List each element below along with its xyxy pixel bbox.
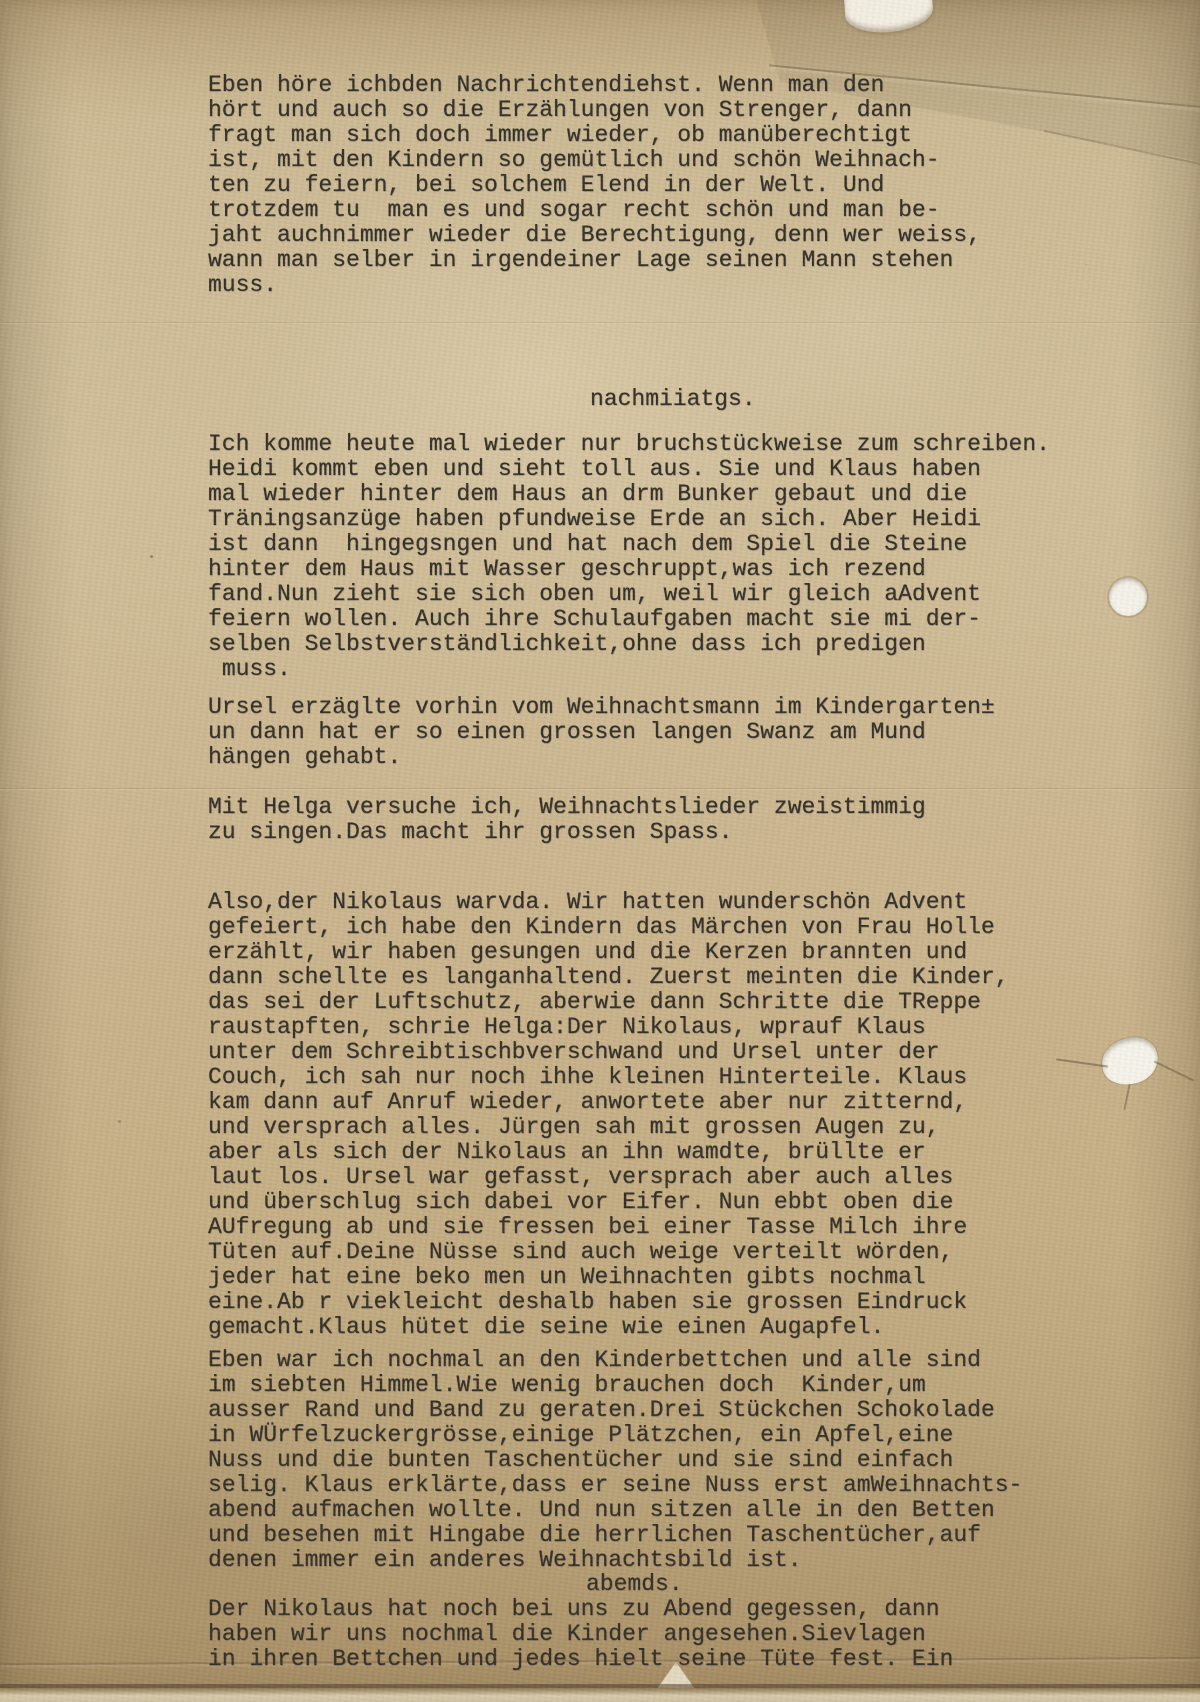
horizontal-fold-crease	[0, 788, 1200, 789]
paragraph-nikolaus-visit: Also,der Nikolaus warvda. Wir hatten wun…	[208, 890, 1009, 1340]
below-page-background	[0, 1688, 1200, 1702]
paragraph-kinderbettchen: Eben war ich nochmal an den Kinderbettch…	[208, 1348, 1022, 1573]
paragraph-evening-dinner: Der Nikolaus hat noch bei uns zu Abend g…	[208, 1597, 953, 1672]
scanned-letter-screenshot: { "colors": { "paper": "#cbb68f", "ink":…	[0, 0, 1200, 1702]
paragraph-heidi-bunker: Ich komme heute mal wieder nur bruchstüc…	[208, 432, 1050, 682]
paragraph-news-reflection: Eben höre ichbden Nachrichtendiehst. Wen…	[208, 73, 981, 298]
dust-specks	[150, 555, 153, 558]
top-corner-crease-line	[1044, 130, 1200, 168]
tear-crack-line	[1154, 1060, 1194, 1081]
paragraph-helga-singing: Mit Helga versuche ich, Weihnachtslieder…	[208, 795, 926, 845]
horizontal-fold-crease	[0, 322, 1200, 323]
tear-crack-line	[1123, 1084, 1130, 1110]
torn-hole	[1099, 1034, 1161, 1087]
tear-crack-line	[1056, 1058, 1108, 1067]
punch-hole	[1109, 578, 1147, 616]
section-heading-afternoon: nachmiiatgs.	[590, 387, 756, 412]
top-edge-tear	[844, 0, 935, 35]
letter-page-paper: Eben höre ichbden Nachrichtendiehst. Wen…	[0, 0, 1200, 1702]
section-heading-evening: abemds.	[586, 1572, 683, 1597]
paragraph-ursel-weihnachtsmann: Ursel erzäglte vorhin vom Weihnachtsmann…	[208, 695, 995, 770]
